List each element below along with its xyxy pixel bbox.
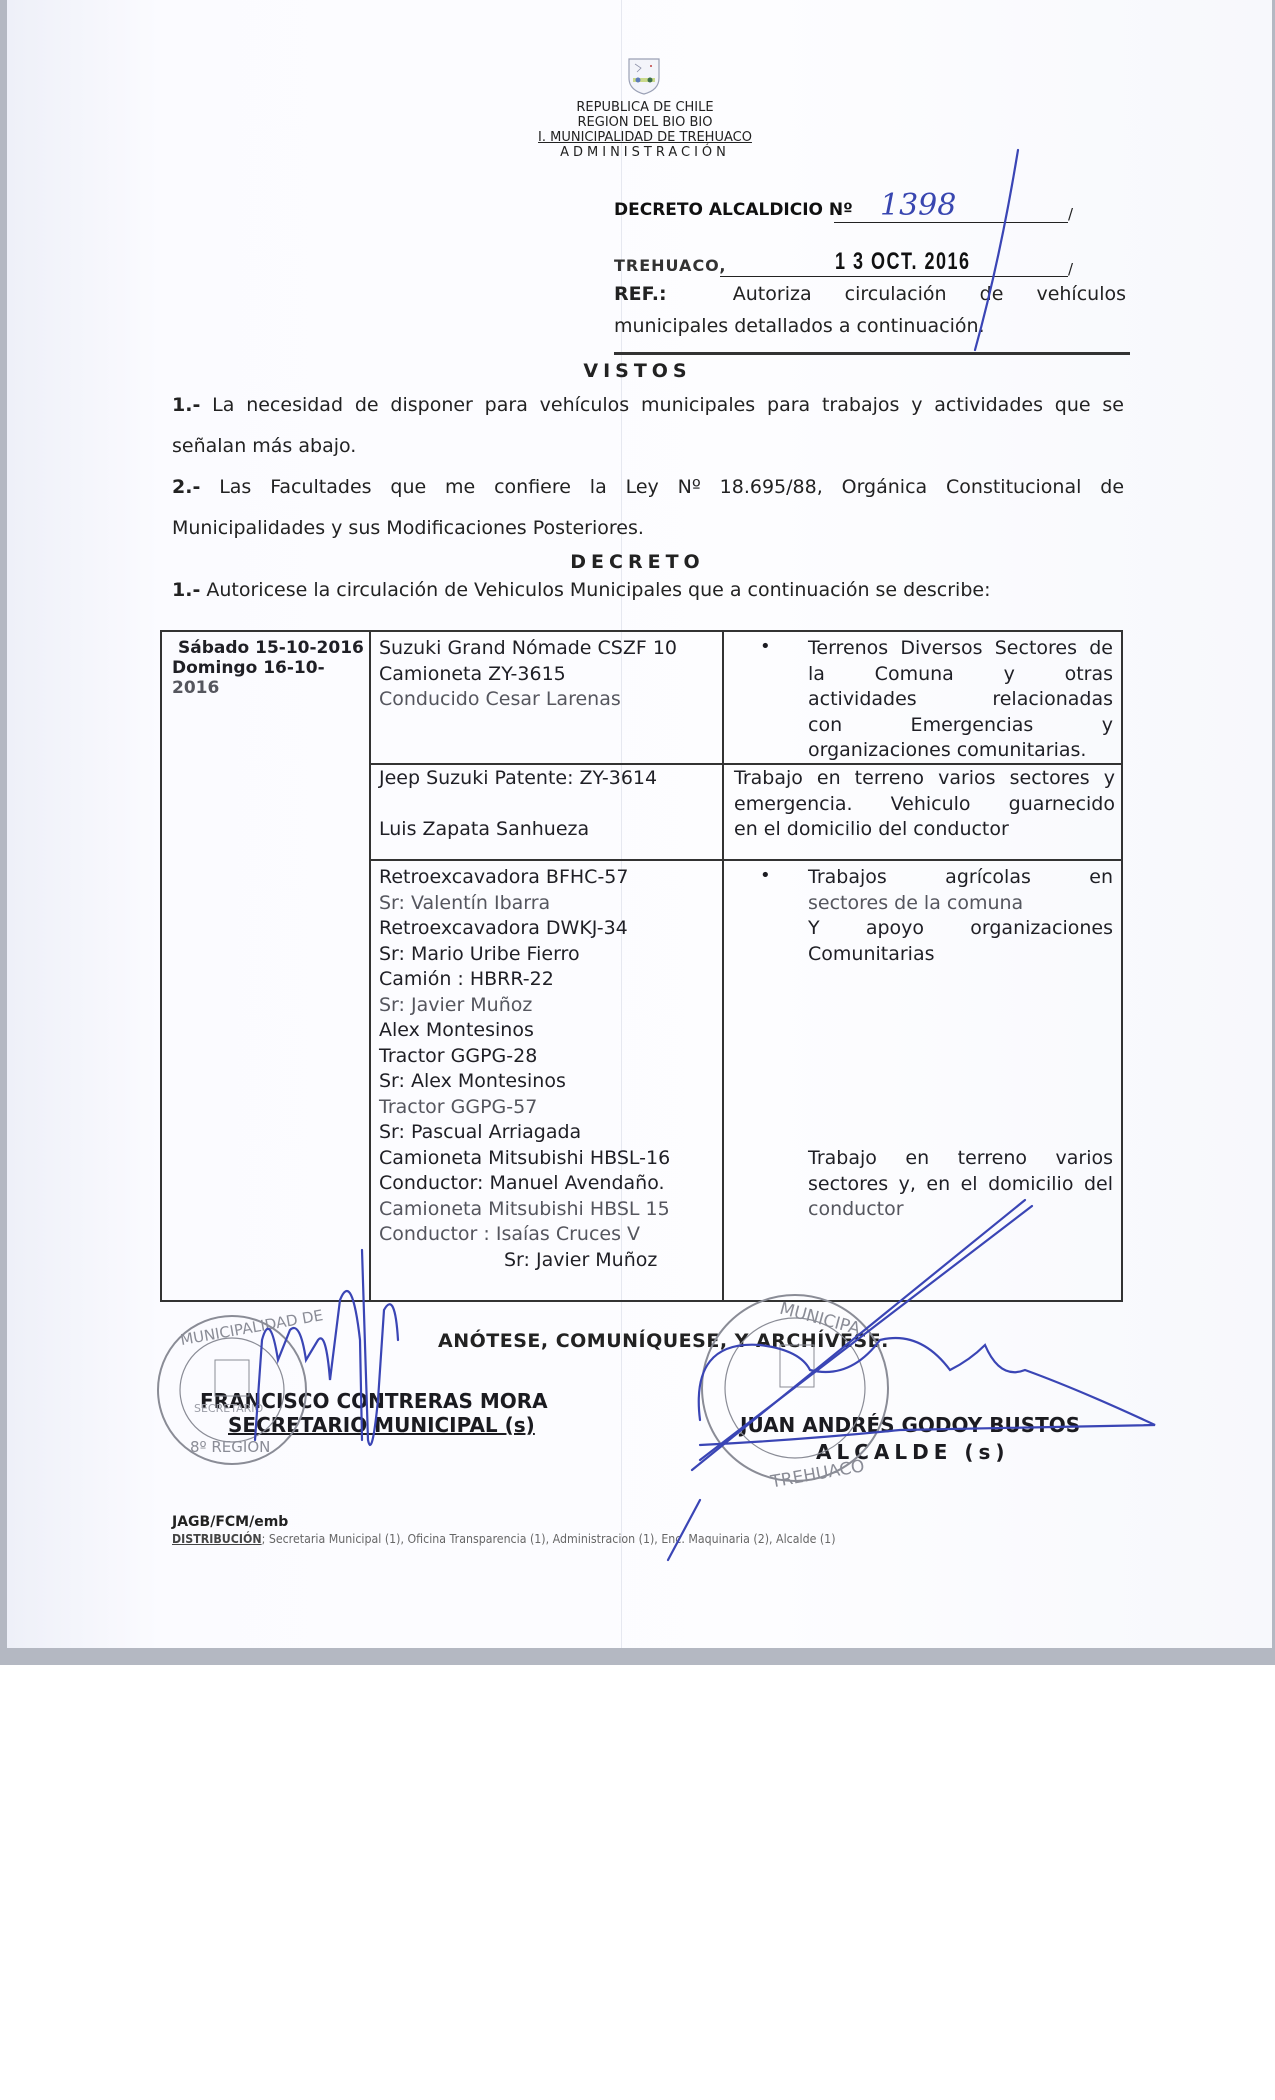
purpose-line: Comunitarias	[808, 942, 1113, 968]
decree-number-handwritten: 1398	[880, 188, 956, 223]
purpose-line: Y apoyo organizaciones	[808, 916, 1113, 942]
date-sunday: Domingo 16-10-	[172, 658, 367, 678]
vehicle-line: Tractor GGPG-28	[379, 1044, 714, 1070]
mayor-role: ALCALDE (s)	[816, 1440, 1010, 1464]
vehicle-line: Camión : HBRR-22	[379, 967, 714, 993]
purpose-line: Trabajo en terreno varios	[808, 1146, 1113, 1172]
row-divider	[369, 859, 1121, 861]
reference-line-1: REF.: Autoriza circulación de vehículos	[614, 276, 1126, 312]
vehicle-line: Jeep Suzuki Patente: ZY-3614	[379, 766, 714, 792]
bullet-icon: •	[760, 865, 771, 886]
vehicle-line: Camioneta ZY-3615	[379, 662, 714, 688]
purpose-line: sectores de la comuna	[808, 891, 1113, 917]
initials: JAGB/FCM/emb	[172, 1514, 288, 1530]
bullet-icon: •	[760, 636, 771, 657]
reference-line-2: municipales detallados a continuación.	[614, 312, 985, 340]
item-text: La necesidad de disponer para vehículos …	[172, 394, 1124, 457]
vehicle-line: Sr: Valentín Ibarra	[379, 891, 714, 917]
purpose-line: organizaciones comunitarias.	[808, 738, 1113, 764]
purpose-line: conductor	[808, 1197, 1113, 1223]
vehicle-line: Conductor : Isaías Cruces V	[379, 1222, 714, 1248]
item-number: 1.-	[172, 579, 200, 601]
purpose-line: sectores y, en el domicilio del	[808, 1172, 1113, 1198]
municipal-crest-icon	[627, 56, 661, 96]
vistos-item-1: 1.- La necesidad de disponer para vehícu…	[172, 385, 1124, 467]
vehicle-cell-row-2: Jeep Suzuki Patente: ZY-3614 Luis Zapata…	[379, 766, 714, 843]
purpose-cell-row-3: Trabajos agrícolas en sectores de la com…	[808, 865, 1113, 967]
distribution-label: DISTRIBUCIÓN	[172, 1532, 262, 1546]
purpose-line: la Comuna y otras	[808, 662, 1113, 688]
vehicle-line: Suzuki Grand Nómade CSZF 10	[379, 636, 714, 662]
vistos-item-2: 2.- Las Facultades que me confiere la Le…	[172, 467, 1124, 549]
vehicle-line: Sr: Javier Muñoz	[379, 1248, 714, 1274]
vehicle-line: Luis Zapata Sanhueza	[379, 817, 714, 843]
purpose-line: emergencia. Vehiculo guarnecido	[734, 792, 1115, 818]
column-divider	[369, 632, 371, 1300]
vehicles-table: Sábado 15-10-2016 Domingo 16-10- 2016 Su…	[160, 630, 1123, 1302]
reference-label: REF.:	[614, 283, 667, 305]
date-saturday: Sábado 15-10-2016	[172, 638, 367, 658]
purpose-line: Trabajos agrícolas en	[808, 865, 1113, 891]
vehicle-line: Conducido Cesar Larenas	[379, 687, 714, 713]
item-number: 2.-	[172, 476, 200, 498]
section-title-vistos: VISTOS	[0, 360, 1275, 382]
header-rule	[614, 352, 1130, 355]
secretary-name: FRANCISCO CONTRERAS MORA	[200, 1389, 548, 1413]
letterhead-department: ADMINISTRACIÓN	[480, 145, 810, 160]
purpose-cell-row-3b: Trabajo en terreno varios sectores y, en…	[808, 1146, 1113, 1223]
column-divider	[722, 632, 724, 1300]
purpose-line: con Emergencias y	[808, 713, 1113, 739]
vehicle-line: Conductor: Manuel Avendaño.	[379, 1171, 714, 1197]
vehicle-line: Camioneta Mitsubishi HBSL-16	[379, 1146, 714, 1172]
vehicle-cell-row-1: Suzuki Grand Nómade CSZF 10 Camioneta ZY…	[379, 636, 714, 713]
distribution: DISTRIBUCIÓN; Secretaria Municipal (1), …	[172, 1532, 836, 1546]
mayor-name: JUAN ANDRÉS GODOY BUSTOS	[740, 1413, 1080, 1437]
closing-formula: ANÓTESE, COMUNÍQUESE, Y ARCHÍVESE.	[438, 1330, 889, 1352]
letterhead: REPUBLICA DE CHILE REGION DEL BIO BIO I.…	[480, 100, 810, 160]
vehicle-line: Sr: Mario Uribe Fierro	[379, 942, 714, 968]
vehicle-line: Retroexcavadora DWKJ-34	[379, 916, 714, 942]
vehicle-line: Sr: Pascual Arriagada	[379, 1120, 714, 1146]
decreto-item-1: 1.- Autoricese la circulación de Vehicul…	[172, 570, 1124, 611]
vehicle-cell-row-3: Retroexcavadora BFHC-57 Sr: Valentín Iba…	[379, 865, 714, 1273]
vehicle-line: Sr: Javier Muñoz	[379, 993, 714, 1019]
purpose-line: Trabajo en terreno varios sectores y	[734, 766, 1115, 792]
purpose-cell-row-1: Terrenos Diversos Sectores de la Comuna …	[808, 636, 1113, 764]
vehicle-line: Tractor GGPG-57	[379, 1095, 714, 1121]
distribution-text: ; Secretaria Municipal (1), Oficina Tran…	[262, 1532, 836, 1546]
date-stamp: 1 3 OCT. 2016	[835, 248, 971, 276]
vehicle-line: Retroexcavadora BFHC-57	[379, 865, 714, 891]
vehicle-line	[379, 792, 714, 818]
date-sunday-year: 2016	[172, 678, 367, 698]
letterhead-country: REPUBLICA DE CHILE	[480, 100, 810, 115]
letterhead-region: REGION DEL BIO BIO	[480, 115, 810, 130]
purpose-line: en el domicilio del conductor	[734, 817, 1115, 843]
secretary-role: SECRETARIO MUNICIPAL (s)	[228, 1413, 535, 1437]
item-number: 1.-	[172, 394, 200, 416]
purpose-line: Terrenos Diversos Sectores de	[808, 636, 1113, 662]
vehicle-line: Alex Montesinos	[379, 1018, 714, 1044]
date-cell: Sábado 15-10-2016 Domingo 16-10- 2016	[172, 638, 367, 698]
vehicle-line: Sr: Alex Montesinos	[379, 1069, 714, 1095]
purpose-cell-row-2: Trabajo en terreno varios sectores y eme…	[734, 766, 1115, 843]
slash-mark: /	[1068, 205, 1073, 223]
decree-place: TREHUACO,	[614, 256, 727, 275]
vehicle-line: Camioneta Mitsubishi HBSL 15	[379, 1197, 714, 1223]
item-text: Autoricese la circulación de Vehiculos M…	[206, 579, 990, 601]
purpose-line: actividades relacionadas	[808, 687, 1113, 713]
item-text: Las Facultades que me confiere la Ley Nº…	[172, 476, 1124, 539]
decree-title: DECRETO ALCALDICIO Nº	[614, 200, 853, 220]
reference-text: Autoriza circulación de vehículos	[733, 283, 1126, 305]
letterhead-municipality: I. MUNICIPALIDAD DE TREHUACO	[480, 130, 810, 145]
